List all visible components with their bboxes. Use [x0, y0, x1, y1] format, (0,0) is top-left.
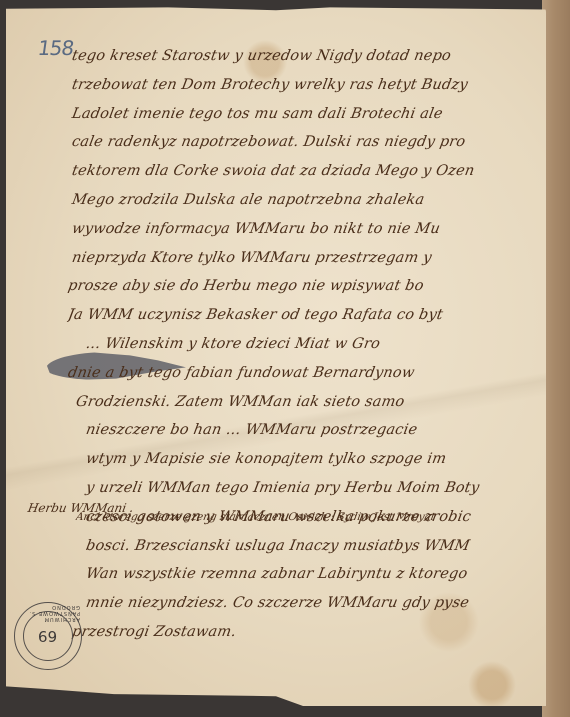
- text-line: wtym y Mapisie sie konopajtem tylko szpo…: [65, 445, 550, 474]
- text-line: Grodzienski. Zatem WMMan iak sieto samo: [65, 388, 550, 417]
- interlinear-note: Anci ktorego szerze gzeng starnacznen Os…: [75, 511, 552, 523]
- text-line: przestrogi Zostawam.: [65, 618, 550, 647]
- text-line: nieprzyda Ktore tylko WMMaru przestrzega…: [65, 244, 550, 273]
- text-line: bosci. Brzescianski usluga Inaczy musiat…: [65, 532, 550, 561]
- text-line: mnie niezyndziesz. Co szczerze WMMaru gd…: [65, 589, 550, 618]
- text-line: ... Wilenskim y ktore dzieci Miat w Gro: [65, 330, 550, 359]
- text-line: dnie a byt tego fabian fundowat Bernardy…: [65, 359, 550, 388]
- text-line: wywodze informacya WMMaru bo nikt to nie…: [65, 215, 550, 244]
- text-line: Mego zrodzila Dulska ale napotrzebna zha…: [65, 186, 550, 215]
- text-line: Ladolet imenie tego tos mu sam dali Brot…: [65, 100, 550, 129]
- text-line: Ja WMM uczynisz Bekasker od tego Rafata …: [65, 301, 550, 330]
- book-binding-edge: [542, 0, 570, 717]
- archive-stamp: ARCHIWUM PAŃSTWOWE S. GRODNO 69: [14, 602, 82, 670]
- text-line: nieszczere bo han ... WMMaru postrzegaci…: [65, 416, 550, 445]
- text-line: y urzeli WMMan tego Imienia pry Herbu Mo…: [65, 474, 550, 503]
- text-line: Wan wszystkie rzemna zabnar Labiryntu z …: [65, 560, 550, 589]
- manuscript-page: 158 tego kreset Starostw y urzedow Nigdy…: [6, 6, 546, 706]
- letter-body: tego kreset Starostw y urzedow Nigdy dot…: [68, 42, 548, 647]
- text-line: cale radenkyz napotrzebowat. Dulski ras …: [65, 128, 550, 157]
- text-line: prosze aby sie do Herbu mego nie wpisywa…: [65, 272, 550, 301]
- text-line: tektorem dla Corke swoia dat za dziada M…: [65, 157, 550, 186]
- text-line: tego kreset Starostw y urzedow Nigdy dot…: [65, 42, 550, 71]
- text-line: trzebowat ten Dom Brotechy wrelky ras he…: [65, 71, 550, 100]
- archive-stamp-number: 69: [38, 627, 57, 645]
